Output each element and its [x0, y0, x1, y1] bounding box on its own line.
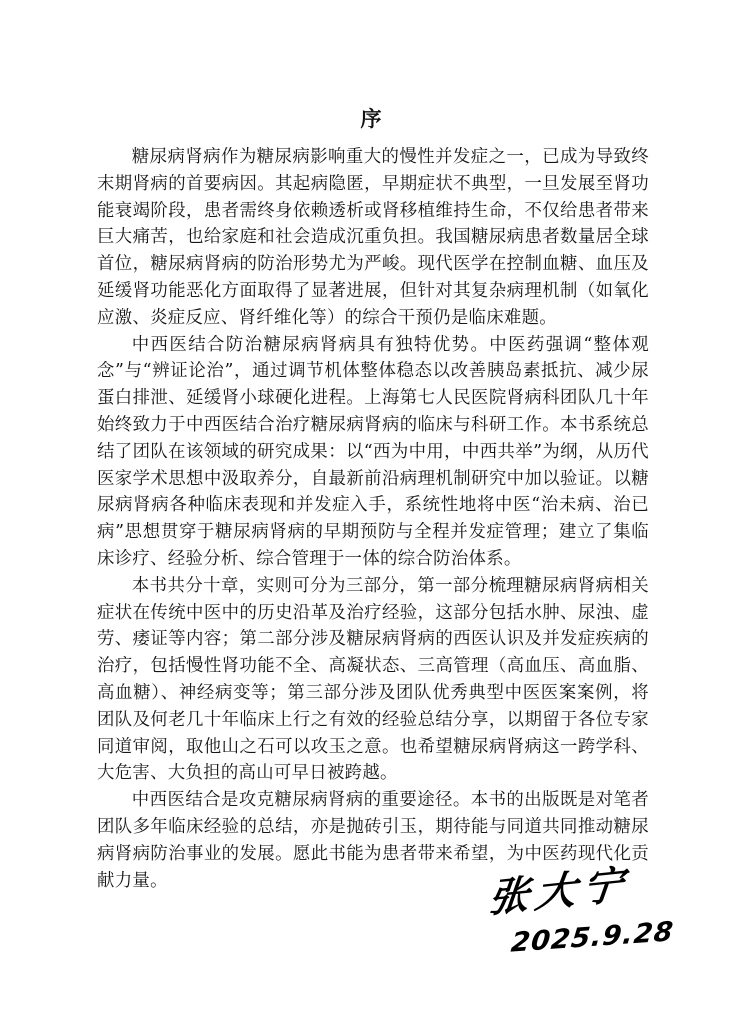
preface-title: 序 [0, 103, 742, 133]
handwritten-signature: 张大宁 2025.9.28 [490, 860, 690, 970]
paragraph-3: 本书共分十章，实则可分为三部分，第一部分梳理糖尿病肾病相关症状在传统中医中的历史… [97, 573, 649, 787]
paragraph-2: 中西医结合防治糖尿病肾病具有独特优势。中医药强调“整体观念”与“辨证论治”，通过… [97, 332, 649, 573]
document-page: 序 糖尿病肾病作为糖尿病影响重大的慢性并发症之一，已成为导致终末期肾病的首要病因… [0, 0, 742, 1030]
signature-date: 2025.9.28 [510, 916, 676, 958]
preface-body: 糖尿病肾病作为糖尿病影响重大的慢性并发症之一，已成为导致终末期肾病的首要病因。其… [97, 144, 649, 894]
paragraph-1: 糖尿病肾病作为糖尿病影响重大的慢性并发症之一，已成为导致终末期肾病的首要病因。其… [97, 144, 649, 332]
signature-name: 张大宁 [486, 853, 632, 924]
